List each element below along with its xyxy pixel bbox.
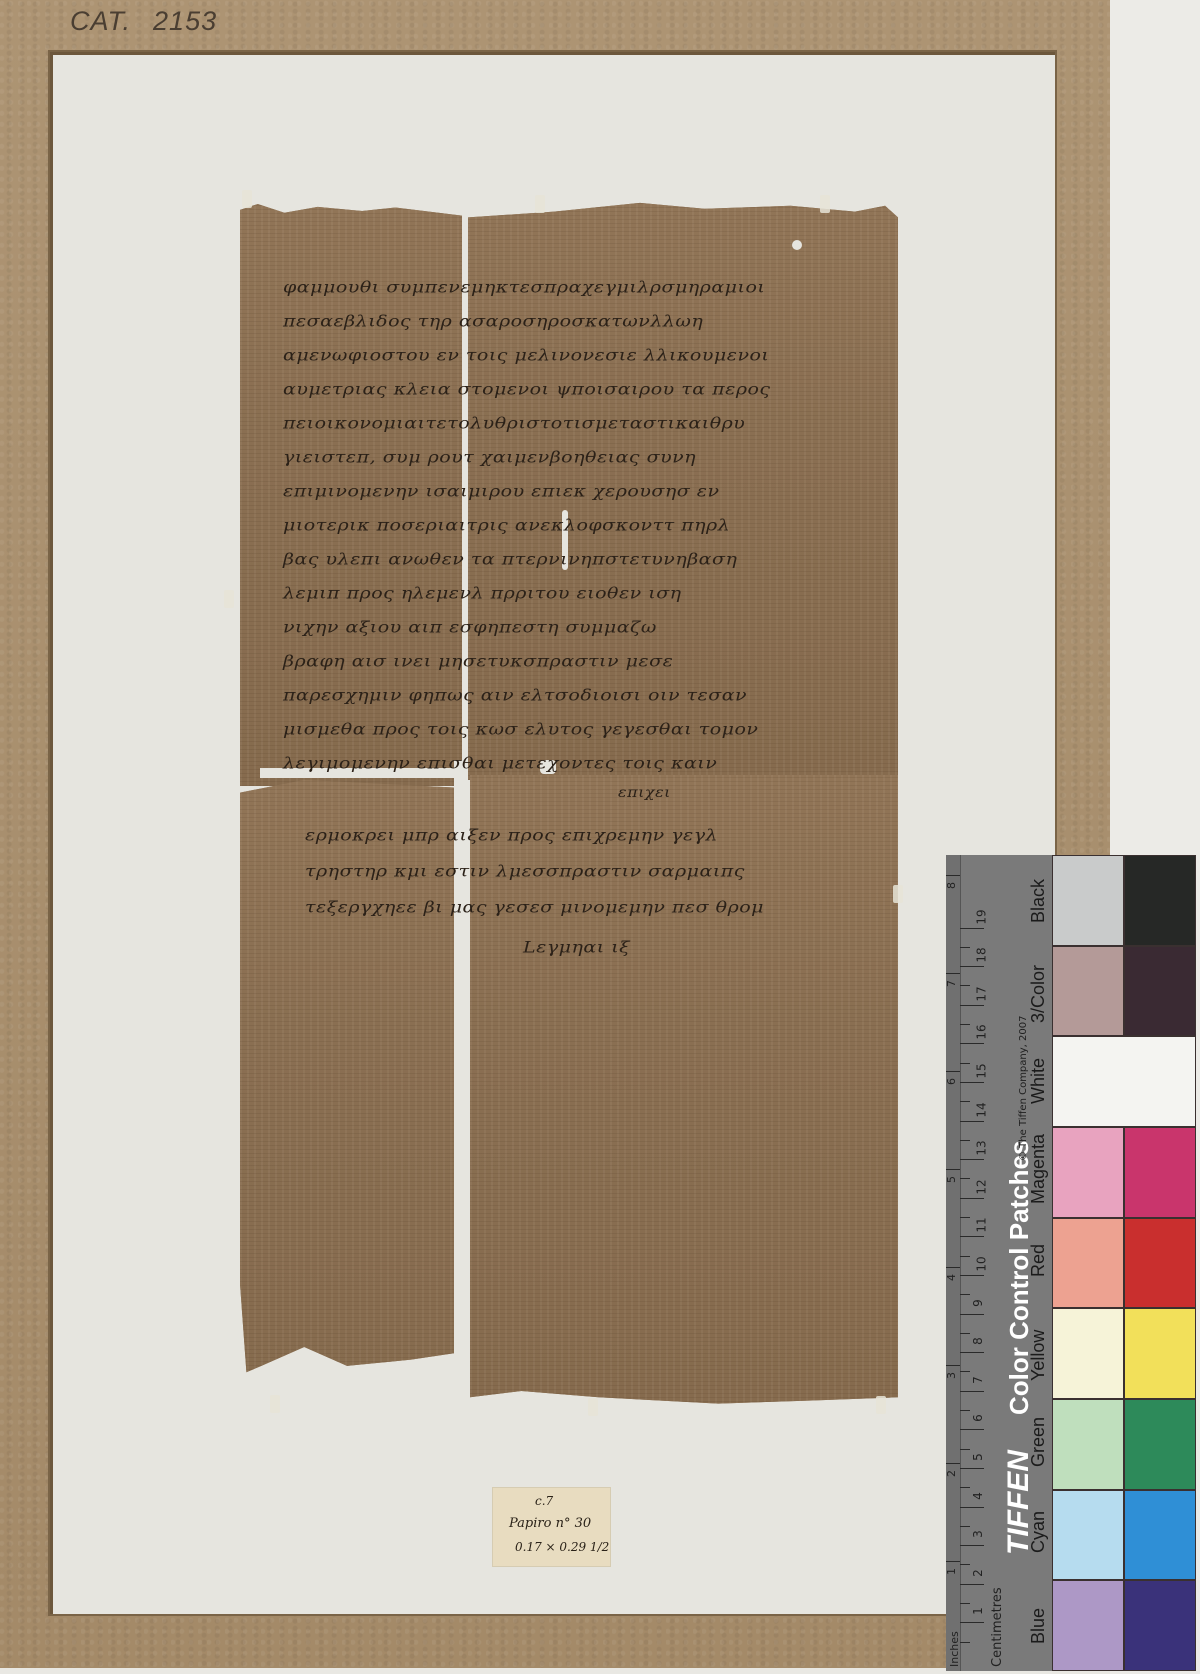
ruler-tick <box>960 1236 984 1237</box>
catalog-prefix: CAT. <box>70 6 131 36</box>
ruler-cm-label: 3 <box>971 1530 985 1538</box>
ruler-cm-label: 10 <box>975 1256 989 1271</box>
label-line: c.7 <box>535 1494 553 1508</box>
papyrus-crack <box>454 760 466 1410</box>
ruler-inch-tick <box>946 1463 960 1464</box>
text-line-date: Lεγμηαι ιξ <box>523 938 630 957</box>
ruler-tick <box>960 1140 970 1141</box>
color-patch-magenta-dark <box>1124 1127 1196 1218</box>
ruler-inch-tick <box>946 1071 960 1072</box>
ruler-tick <box>960 966 984 967</box>
patch-label: Magenta <box>1028 1134 1049 1204</box>
text-line: παρεσχημιν φηπως αιν ελτσοδιοισι οιν τεσ… <box>283 686 747 705</box>
patch-label: 3/Color <box>1028 964 1049 1022</box>
ruler-cm-label: 13 <box>975 1140 989 1155</box>
ruler-tick <box>960 1178 970 1179</box>
ruler-inch-label: 3 <box>945 1372 958 1379</box>
ruler-inch-tick <box>946 1365 960 1366</box>
ruler-tick <box>960 1603 970 1604</box>
ruler-cm-label: 4 <box>971 1492 985 1500</box>
color-patch-magenta-light <box>1052 1127 1124 1218</box>
ruler-inch-tick <box>946 875 960 876</box>
text-line-subscript: τρηστηρ κμι εστιν λμεσσπραστιν σαρμαιπς <box>305 862 745 881</box>
color-patch-white <box>1052 1036 1196 1127</box>
color-patch-cyan-dark <box>1124 1490 1196 1581</box>
ruler-tick <box>960 1043 984 1044</box>
ruler-tick <box>960 1622 984 1623</box>
ruler-tick <box>960 1101 970 1102</box>
color-control-chart: 1234567891011121314151617181912345678 In… <box>946 855 1196 1671</box>
ruler-cm-label: 5 <box>971 1453 985 1461</box>
ruler-inch-tick <box>946 973 960 974</box>
text-line: πειοικονομιαιτετολυθριστοτισμεταστικαιθρ… <box>283 414 745 433</box>
catalog-number: CAT.2153 <box>70 6 217 37</box>
color-patch-green-dark <box>1124 1399 1196 1490</box>
inch-scale <box>946 855 961 1671</box>
ruler-tick <box>960 1526 970 1527</box>
ruler-tick <box>960 1545 984 1546</box>
ruler-tick <box>960 1507 984 1508</box>
text-line: βας υλεπι ανωθεν τα πτερνινηπστετυνηβαση <box>283 550 737 569</box>
ruler-tick <box>960 947 970 948</box>
hinge-tape <box>876 1396 886 1414</box>
ruler-tick <box>960 1584 984 1585</box>
ruler-inch-tick <box>946 1169 960 1170</box>
ruler-cm-label: 12 <box>975 1179 989 1194</box>
patch-label: Red <box>1028 1243 1049 1276</box>
ruler-tick <box>960 1275 984 1276</box>
patch-label: Yellow <box>1028 1329 1049 1380</box>
ruler-cm-label: 15 <box>975 1063 989 1078</box>
color-patch-3-color-dark <box>1124 946 1196 1037</box>
color-patch-black-dark <box>1124 855 1196 946</box>
ruler-cm-label: 19 <box>975 909 989 924</box>
color-patch-red-dark <box>1124 1218 1196 1309</box>
text-line: επιμινομενην ισαιμιρου επιεκ χερουσησ εν <box>283 482 720 501</box>
ruler-tick <box>960 1063 970 1064</box>
ruler-inch-label: 2 <box>945 1470 958 1477</box>
label-line: Papiro n° 30 <box>509 1516 591 1531</box>
ruler-unit-centimetres: Centimetres <box>990 1587 1005 1667</box>
text-line: λεμιπ προς ηλεμενλ πρριτου ειοθεν ιση <box>283 584 682 603</box>
ruler-tick <box>960 1449 970 1450</box>
ruler-inch-label: 8 <box>945 882 958 889</box>
text-line: λεγιμομενην επισθαι μετεχοντες τοις καιν <box>283 754 717 773</box>
ruler-cm-label: 16 <box>975 1025 989 1040</box>
text-line: φαμμουθι συμπενεμηκτεσπραχεγμιλρσμηραμιο… <box>283 278 765 297</box>
ruler-tick <box>960 985 970 986</box>
ruler-cm-label: 1 <box>971 1608 985 1616</box>
ruler-inch-label: 6 <box>945 1078 958 1085</box>
ruler-tick <box>960 1564 970 1565</box>
color-patch-yellow-dark <box>1124 1308 1196 1399</box>
text-line: πεσαεβλιδος τηρ ασαροσηροσκατωνλλωη <box>283 312 703 331</box>
ruler-cm-label: 14 <box>975 1102 989 1117</box>
ruler-inch-tick <box>946 1561 960 1562</box>
color-patch-yellow-light <box>1052 1308 1124 1399</box>
ruler-tick <box>960 1314 984 1315</box>
ruler-inch-label: 5 <box>945 1176 958 1183</box>
ruler-cm-label: 9 <box>971 1299 985 1307</box>
catalog-number-value: 2153 <box>153 6 217 36</box>
ruler-tick <box>960 1333 970 1334</box>
hinge-tape <box>270 1395 280 1413</box>
ruler-unit-inches: Inches <box>948 1631 961 1667</box>
hinge-tape <box>535 195 545 213</box>
color-patch-cyan-light <box>1052 1490 1124 1581</box>
specimen-label: c.7 Papiro n° 30 0.17 × 0.29 1/2 <box>493 1488 610 1566</box>
text-line: βραφη αισ ινει μησετυκσπραστιν μεσε <box>283 652 673 671</box>
ruler-tick <box>960 1371 970 1372</box>
hinge-tape <box>893 885 903 903</box>
ruler-tick <box>960 1410 970 1411</box>
patch-label: Blue <box>1028 1608 1049 1644</box>
ruler-tick <box>960 1256 970 1257</box>
color-patch-red-light <box>1052 1218 1124 1309</box>
label-line: 0.17 × 0.29 1/2 <box>515 1540 609 1554</box>
text-line: αμενωφιοστου εν τοις μελινονεσιε λλικουμ… <box>283 346 769 365</box>
ruler-tick <box>960 1217 970 1218</box>
ruler-tick <box>960 1468 984 1469</box>
ruler-tick <box>960 1121 984 1122</box>
ruler-tick <box>960 1082 984 1083</box>
patch-label: White <box>1028 1058 1049 1104</box>
text-line: αυμετριας κλεια στομενοι ψποισαιρου τα π… <box>283 380 771 399</box>
ruler-tick <box>960 1642 970 1643</box>
text-line: μισμεθα προς τοις κωσ ελυτος γεγεσθαι το… <box>283 720 758 739</box>
papyrus-hole <box>792 240 802 250</box>
ruler-tick <box>960 1159 984 1160</box>
patch-label: Cyan <box>1028 1511 1049 1553</box>
ruler-tick <box>960 928 984 929</box>
text-line-sign: επιχει <box>618 784 671 800</box>
ruler-cm-label: 11 <box>975 1218 989 1233</box>
ruler-cm-label: 2 <box>971 1569 985 1577</box>
ruler-cm-label: 17 <box>975 986 989 1001</box>
ruler-tick <box>960 1198 984 1199</box>
hinge-tape <box>242 190 252 208</box>
ruler-cm-label: 6 <box>971 1415 985 1423</box>
color-patch-blue-dark <box>1124 1580 1196 1671</box>
color-patch-blue-light <box>1052 1580 1124 1671</box>
text-line: μιοτερικ ποσεριαιτρις ανεκλοφσκονττ πηρλ <box>283 516 730 535</box>
hinge-tape <box>588 1398 598 1416</box>
ruler-inch-tick <box>946 1267 960 1268</box>
hinge-tape <box>224 590 234 608</box>
color-patch-green-light <box>1052 1399 1124 1490</box>
ruler-tick <box>960 1429 984 1430</box>
hinge-tape <box>820 195 830 213</box>
text-line-subscript: ερμοκρει μπρ αιξεν προς επιχρεμην γεγλ <box>305 826 718 845</box>
text-line: γιειστεπ, συμ ρουτ χαιμενβοηθειας συνη <box>283 448 696 467</box>
ruler-inch-label: 4 <box>945 1274 958 1281</box>
ruler-cm-label: 18 <box>975 947 989 962</box>
ruler-inch-label: 7 <box>945 980 958 987</box>
ruler-cm-label: 8 <box>971 1337 985 1345</box>
text-line-subscript: τεξεργχηεε βι μας γεσεσ μινομεμην πεσ θρ… <box>305 898 764 917</box>
patch-label: Black <box>1028 879 1049 923</box>
color-patches <box>1052 855 1196 1671</box>
text-line: νιχην αξιου αιπ εσφηπεστη συμμαζω <box>283 618 657 637</box>
ruler-inch-label: 1 <box>945 1568 958 1575</box>
color-patch-3-color-light <box>1052 946 1124 1037</box>
patch-label: Green <box>1028 1417 1049 1467</box>
ruler-tick <box>960 1487 970 1488</box>
ruler-tick <box>960 1005 984 1006</box>
ruler-tick <box>960 1391 984 1392</box>
color-patch-black-light <box>1052 855 1124 946</box>
ruler-tick <box>960 1024 970 1025</box>
ruler-tick <box>960 1352 984 1353</box>
ruler-tick <box>960 1294 970 1295</box>
ruler: 1234567891011121314151617181912345678 In… <box>946 855 1052 1671</box>
ruler-cm-label: 7 <box>971 1376 985 1384</box>
